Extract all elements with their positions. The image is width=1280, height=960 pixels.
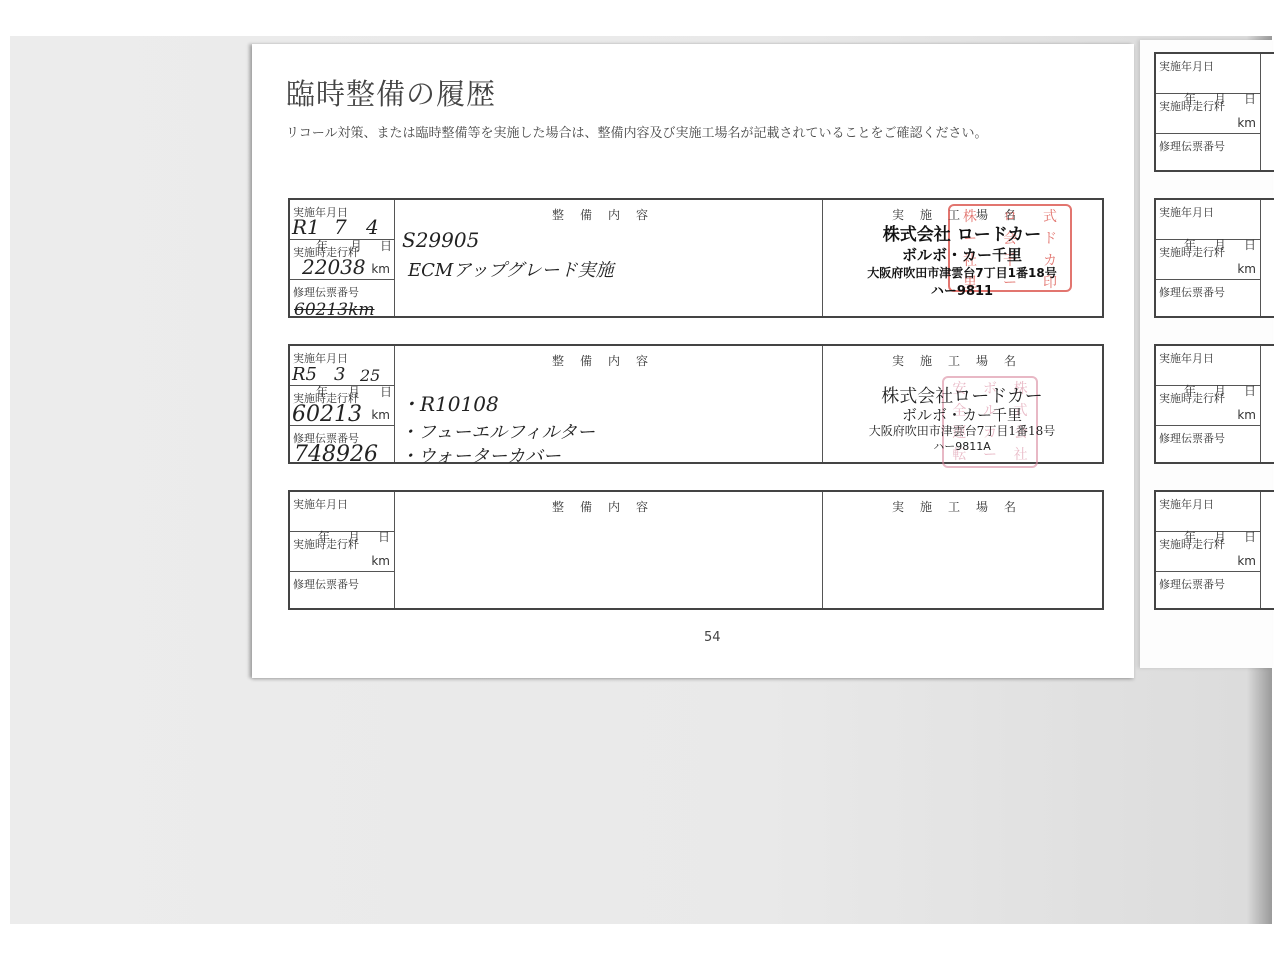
km-unit: km (371, 554, 390, 568)
maintenance-record-1: 実施年月日 R1 年 7 月 4 日 実施時走行粁 22038 km 修理伝票番… (288, 198, 1104, 318)
date-label: 実施年月日 (293, 496, 348, 512)
km-unit: km (1237, 262, 1256, 276)
blank-form: 実施年月日 年月日 実施時走行粁km 修理伝票番号 (1154, 198, 1274, 318)
mileage-label: 実施時走行粁 (1159, 98, 1225, 114)
era-year-value: R1 (292, 215, 320, 239)
page-instructions: リコール対策、または臨時整備等を実施した場合は、整備内容及び実施工場名が記載され… (286, 122, 987, 141)
date-cell: 実施年月日 年 月 日 (290, 492, 394, 532)
shop-address: 大阪府吹田市津雲台7丁目1番18号 (822, 264, 1102, 281)
slip-label: 修理伝票番号 (1159, 576, 1225, 592)
shop-branch: ボルボ・カー千里 (822, 244, 1102, 265)
km-unit: km (1237, 554, 1256, 568)
page-number: 54 (704, 630, 721, 645)
blank-form: 実施年月日 年月日 実施時走行粁km 修理伝票番号 (1154, 490, 1274, 610)
date-label: 実施年月日 (1159, 496, 1214, 512)
slip-cell: 修理伝票番号 60213km (290, 280, 394, 318)
slip-value: 748926 (294, 442, 378, 467)
shop-column: 実施工場名 (822, 492, 1102, 608)
mileage-label: 実施時走行粁 (1159, 244, 1225, 260)
page-title: 臨時整備の履歴 (286, 72, 496, 113)
record-meta: 実施年月日 R1 年 7 月 4 日 実施時走行粁 22038 km 修理伝票番… (290, 200, 395, 316)
date-cell: 実施年月日 R5 年 3 月 25 日 (290, 346, 394, 386)
slip-label: 修理伝票番号 (1159, 138, 1225, 154)
mileage-label: 実施時走行粁 (1159, 536, 1225, 552)
booklet-page: 臨時整備の履歴 リコール対策、または臨時整備等を実施した場合は、整備内容及び実施… (252, 44, 1134, 678)
slip-label: 修理伝票番号 (293, 576, 359, 592)
date-label: 実施年月日 (1159, 58, 1214, 74)
content-line: S29905 (402, 228, 479, 252)
blank-form: 実施年月日 年月日 実施時走行粁km 修理伝票番号 (1154, 52, 1274, 172)
date-cell: 実施年月日 R1 年 7 月 4 日 (290, 200, 394, 240)
content-line: ・ウォーターカバー (400, 442, 561, 468)
content-line: ・フューエルフィルター (400, 418, 595, 444)
shop-column: 株ロ式ー会ド社千カ里ー印 実施工場名 株式会社 ロードカー ボルボ・カー千里 大… (822, 200, 1102, 316)
km-unit: km (1237, 408, 1256, 422)
slip-label: 修理伝票番号 (293, 284, 359, 300)
maintenance-record-2: 実施年月日 R5 年 3 月 25 日 実施時走行粁 60213 km 修理伝票… (288, 344, 1104, 464)
mileage-value: 60213 (292, 402, 362, 427)
slip-label: 修理伝票番号 (1159, 284, 1225, 300)
content-line: ・R10108 (400, 388, 499, 417)
shop-header: 実施工場名 (822, 498, 1102, 515)
km-unit: km (1237, 116, 1256, 130)
shop-column: 安ボ株全ル式運カ会転ー社 実施工場名 株式会社ロードカー ボルボ・カー千里 大阪… (822, 346, 1102, 462)
content-column: 整備内容 S29905 ECMアップグレード実施 (394, 200, 823, 316)
record-meta: 実施年月日 R5 年 3 月 25 日 実施時走行粁 60213 km 修理伝票… (290, 346, 395, 462)
shop-address: 大阪府吹田市津雲台7丁目1番18号 (822, 422, 1102, 439)
era-year-value: R5 (292, 364, 317, 385)
maintenance-record-3-blank: 実施年月日 年 月 日 実施時走行粁 km 修理伝票番号 整備内容 実施工場名 (288, 490, 1104, 610)
shop-company: 株式会社 ロードカー (822, 220, 1102, 245)
content-column: 整備内容 ・R10108 ・フューエルフィルター ・ウォーターカバー (394, 346, 823, 462)
month-value: 7 (334, 215, 347, 239)
mileage-label: 実施時走行粁 (1159, 390, 1225, 406)
mileage-cell: 実施時走行粁 km (290, 532, 394, 572)
date-label: 実施年月日 (1159, 350, 1214, 366)
slip-label: 修理伝票番号 (1159, 430, 1225, 446)
content-header: 整備内容 (394, 498, 822, 515)
shop-code: ハー9811 (822, 280, 1102, 299)
record-meta: 実施年月日 年 月 日 実施時走行粁 km 修理伝票番号 (290, 492, 395, 608)
blank-form: 実施年月日 年月日 実施時走行粁km 修理伝票番号 (1154, 344, 1274, 464)
day-value: 25 (360, 366, 380, 385)
mileage-cell: 実施時走行粁 60213 km (290, 386, 394, 426)
day-value: 4 (366, 215, 379, 239)
month-value: 3 (334, 364, 345, 385)
shop-code: ハー9811A (822, 438, 1102, 454)
content-header: 整備内容 (394, 352, 822, 369)
content-column: 整備内容 (394, 492, 823, 608)
km-unit: km (371, 408, 390, 422)
content-line: ECMアップグレード実施 (408, 256, 614, 282)
mileage-cell: 実施時走行粁 22038 km (290, 240, 394, 280)
km-unit: km (371, 262, 390, 276)
next-page-partial: 実施年月日 年月日 実施時走行粁km 修理伝票番号 実施年月日 年月日 実施時走… (1140, 40, 1272, 668)
mileage-value: 22038 (302, 255, 366, 279)
date-label: 実施年月日 (1159, 204, 1214, 220)
shop-header: 実施工場名 (822, 352, 1102, 369)
mileage-label: 実施時走行粁 (293, 536, 359, 552)
slip-value-struck: 60213km (294, 300, 375, 320)
slip-cell: 修理伝票番号 (290, 572, 394, 610)
content-header: 整備内容 (394, 206, 822, 223)
slip-cell: 修理伝票番号 748926 (290, 426, 394, 464)
